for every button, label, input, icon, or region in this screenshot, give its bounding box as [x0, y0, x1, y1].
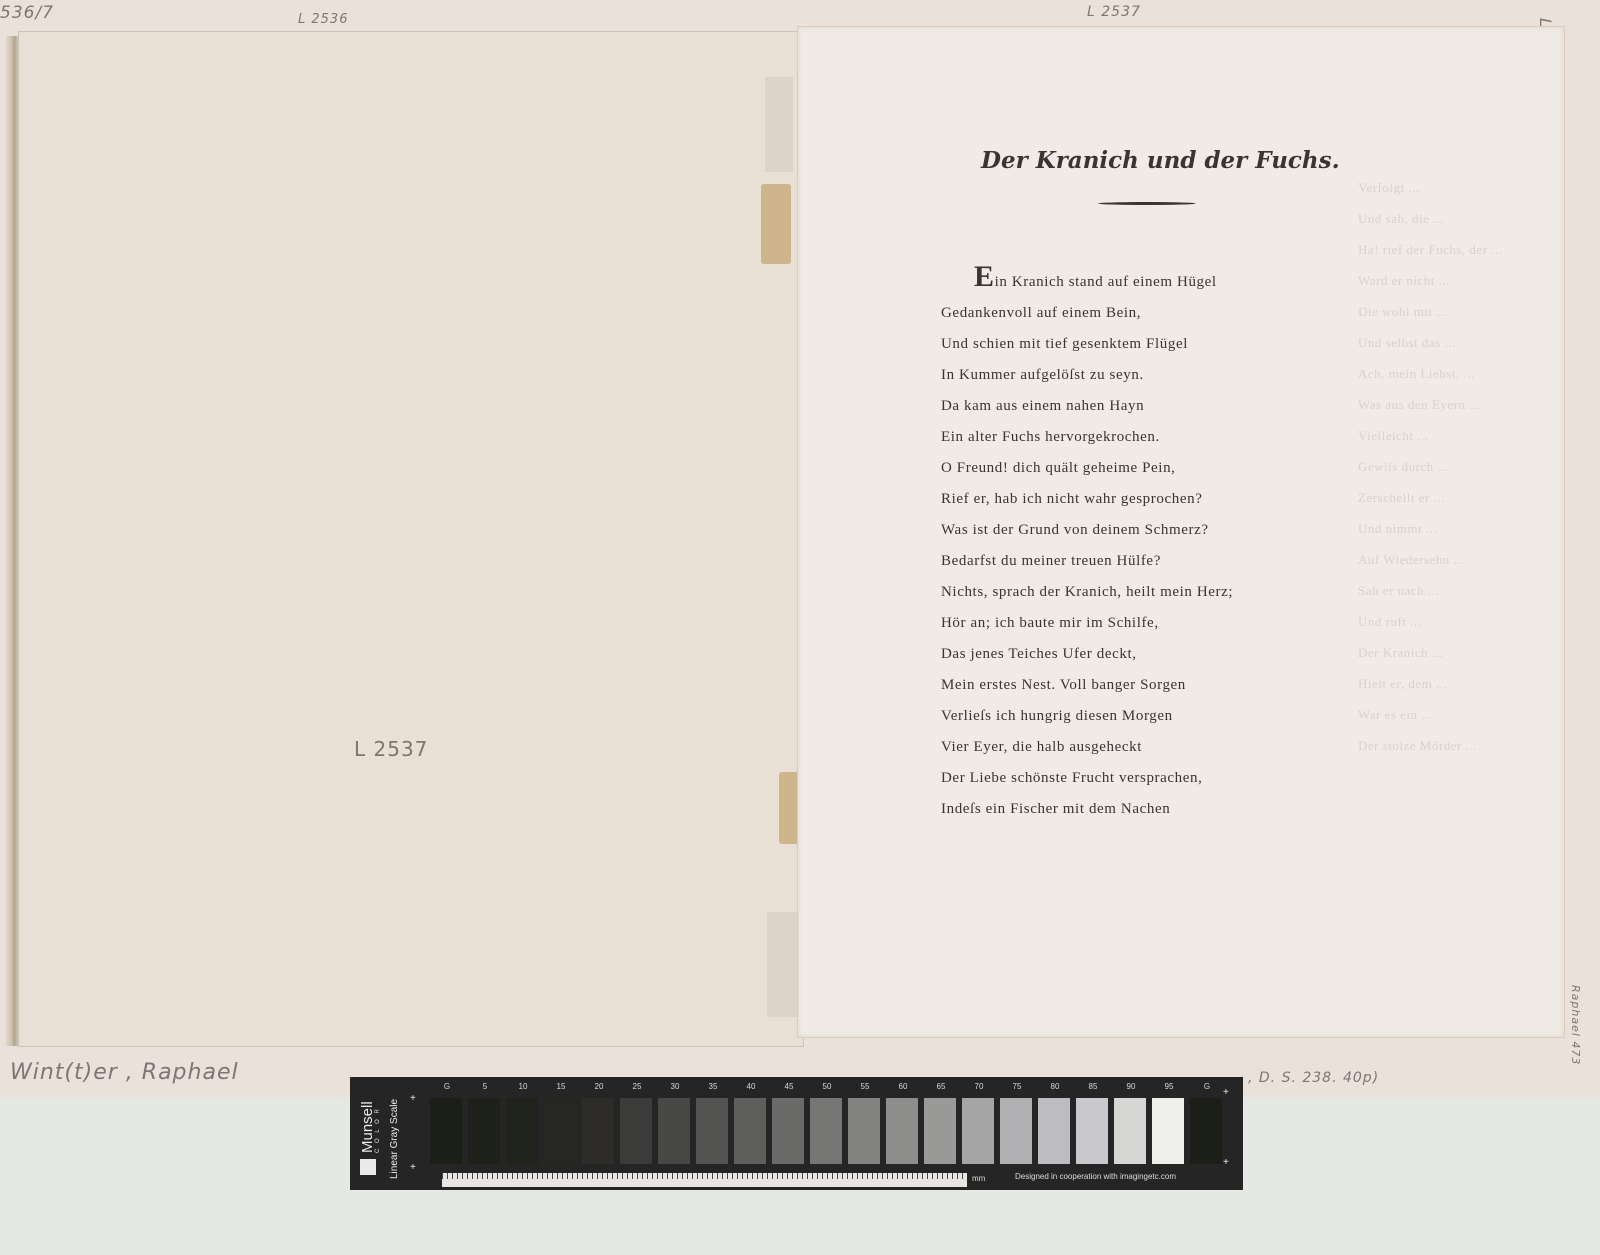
gray-patch-swatch: [582, 1098, 614, 1164]
annotation-left-sheet-label: L 2537: [354, 737, 428, 761]
gray-patch-label: 45: [772, 1082, 806, 1091]
left-sheet-verso: L 2537: [18, 31, 804, 1047]
mm-ruler: [442, 1173, 967, 1187]
gray-patch-swatch: [848, 1098, 880, 1164]
poem-line: O Freund! dich quält geheime Pein,: [941, 453, 1233, 484]
registration-mark: +: [410, 1093, 416, 1104]
tape-hinge-top: [765, 77, 793, 172]
title-rule: [1098, 202, 1196, 205]
gray-patch-swatch: [962, 1098, 994, 1164]
gray-patch-label: 85: [1076, 1082, 1110, 1091]
tape-hinge-bottom: [767, 912, 801, 1017]
gray-patch-label: 60: [886, 1082, 920, 1091]
poem-line: Und schien mit tief gesenktem Flügel: [941, 329, 1233, 360]
poem-line: Nichts, sprach der Kranich, heilt mein H…: [941, 577, 1233, 608]
munsell-brand-block: Munsell C O L O R Linear Gray Scale: [356, 1081, 406, 1186]
gray-patch-swatch: [1152, 1098, 1184, 1164]
poem-line: Der Liebe schönste Frucht versprachen,: [941, 763, 1233, 794]
show-through-text: Verfolgt ... Und sah, die ... Ha! rief d…: [1358, 172, 1558, 761]
scale-credit: Designed in cooperation with imagingetc.…: [1015, 1172, 1176, 1181]
poem-body: Ein Kranich stand auf einem Hügel Gedank…: [941, 267, 1233, 825]
munsell-brand: Munsell: [359, 1101, 376, 1153]
gray-patch-swatch: [658, 1098, 690, 1164]
poem-line: Mein erstes Nest. Voll banger Sorgen: [941, 670, 1233, 701]
munsell-gray-scale-target: Munsell C O L O R Linear Gray Scale + + …: [350, 1077, 1243, 1190]
gray-patch-swatch: [430, 1098, 462, 1164]
gray-patch-label: 35: [696, 1082, 730, 1091]
gray-patch-label: 30: [658, 1082, 692, 1091]
gray-patch-swatch: [1190, 1098, 1222, 1164]
scale-title: Linear Gray Scale: [389, 1099, 400, 1179]
gray-patch-swatch: [1038, 1098, 1070, 1164]
annotation-top-left-label: L 2536: [298, 12, 348, 27]
gray-patch-label: 70: [962, 1082, 996, 1091]
poem-line: Hör an; ich baute mir im Schilfe,: [941, 608, 1233, 639]
registration-mark: +: [1223, 1157, 1229, 1168]
gray-patch-swatch: [506, 1098, 538, 1164]
munsell-brand-sub: C O L O R: [375, 1107, 381, 1153]
registration-mark: +: [410, 1162, 416, 1173]
gray-patch-label: 15: [544, 1082, 578, 1091]
gray-patch-label: 20: [582, 1082, 616, 1091]
poem-line: Indeſs ein Fischer mit dem Nachen: [941, 794, 1233, 825]
gray-patch-label: 25: [620, 1082, 654, 1091]
poem-line: Vier Eyer, die halb ausgeheckt: [941, 732, 1233, 763]
annotation-catalog-ref: , D. S. 238. 40p): [1248, 1070, 1379, 1086]
gray-patch-label: 90: [1114, 1082, 1148, 1091]
gray-patch-label: 10: [506, 1082, 540, 1091]
poem-line: Gedankenvoll auf einem Bein,: [941, 298, 1233, 329]
gray-patch-label: 40: [734, 1082, 768, 1091]
gray-patch-label: G: [1190, 1082, 1224, 1091]
poem-line: Das jenes Teiches Ufer deckt,: [941, 639, 1233, 670]
gray-patch-swatch: [810, 1098, 842, 1164]
mounting-board: 536/7 L 2536 L 2537 L 2536/7 L 2537 Verf…: [0, 0, 1600, 1097]
gray-patch-swatch: [468, 1098, 500, 1164]
gray-patch-swatch: [1000, 1098, 1032, 1164]
gray-patch-swatch: [696, 1098, 728, 1164]
poem-title: Der Kranich und der Fuchs.: [798, 147, 1564, 174]
gray-patch-swatch: [924, 1098, 956, 1164]
tape-stain-bottom: [779, 772, 799, 844]
gray-patch-swatch: [1076, 1098, 1108, 1164]
gray-patch-label: 80: [1038, 1082, 1072, 1091]
gray-patch-swatch: [886, 1098, 918, 1164]
gray-patch-label: 5: [468, 1082, 502, 1091]
annotation-top-left-fragment: 536/7: [0, 3, 54, 23]
gray-patch-label: 55: [848, 1082, 882, 1091]
poem-line: Bedarfst du meiner treuen Hülfe?: [941, 546, 1233, 577]
annotation-top-right-label: L 2537: [1087, 4, 1141, 20]
poem-line: Ein Kranich stand auf einem Hügel: [941, 267, 1233, 298]
poem-line: Was ist der Grund von deinem Schmerz?: [941, 515, 1233, 546]
gray-patch-label: 65: [924, 1082, 958, 1091]
tape-stain-top: [761, 184, 791, 264]
gray-patch-label: 50: [810, 1082, 844, 1091]
gray-patch-label: 95: [1152, 1082, 1186, 1091]
poem-line: Verlieſs ich hungrig diesen Morgen: [941, 701, 1233, 732]
poem-line: Ein alter Fuchs hervorgekrochen.: [941, 422, 1233, 453]
munsell-logo-icon: [360, 1159, 376, 1175]
gray-patch-swatch: [772, 1098, 804, 1164]
annotation-right-margin: Raphael 473: [1569, 985, 1582, 1065]
poem-line: Rief er, hab ich nicht wahr gesprochen?: [941, 484, 1233, 515]
gray-patch-swatch: [620, 1098, 652, 1164]
poem-line: Da kam aus einem nahen Hayn: [941, 391, 1233, 422]
gray-patch-swatch: [544, 1098, 576, 1164]
gray-patch-label: G: [430, 1082, 464, 1091]
gray-patch-label: 75: [1000, 1082, 1034, 1091]
annotation-artist-name: Wint(t)er , Raphael: [10, 1060, 239, 1085]
gray-patch-swatch: [1114, 1098, 1146, 1164]
ruler-unit: mm: [972, 1174, 985, 1183]
drop-cap: E: [974, 260, 995, 293]
right-sheet-poem-page: Verfolgt ... Und sah, die ... Ha! rief d…: [797, 26, 1565, 1038]
poem-line: In Kummer aufgelöſst zu seyn.: [941, 360, 1233, 391]
gray-patch-swatch: [734, 1098, 766, 1164]
